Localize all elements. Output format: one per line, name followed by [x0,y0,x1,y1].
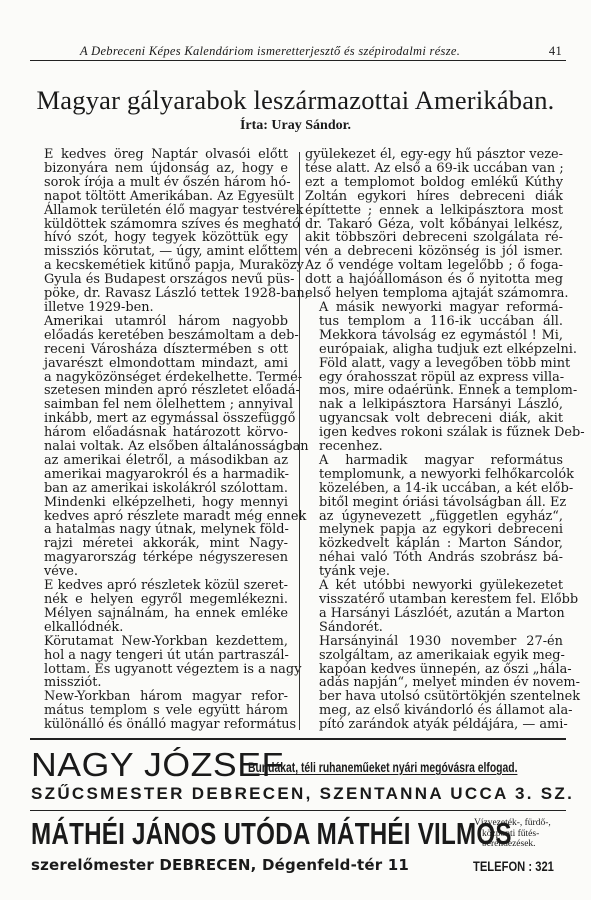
text-line: szolgáltam, az amerikaiak egyik meg- [305,649,563,663]
text-line: pító zarándok atyák példájára, — ami- [305,718,563,732]
text-line: missziót. [30,676,288,690]
ad-mathei-name: MÁTHÉI JÁNOS UTÓDA MÁTHÉI VILMOS [31,817,512,851]
text-line: a kecskemétiek kitűnő papja, Muraközy [30,259,288,273]
ad-nagy-jozsef-slogan: Bundákat, téli ruhaneműeket nyári megóvá… [248,757,482,777]
article-title: Magyar gályarabok leszármazottai Ameriká… [0,85,591,116]
header-rule [30,60,566,61]
text-line: Sándorét. [305,621,563,635]
paragraph: Amerikai utamról három nagyobbelőadás ke… [30,315,288,496]
text-line: amerikai magyarokról és a harmadik- [30,468,288,482]
page-number: 41 [549,44,562,59]
text-line: napot töltött Amerikában. Az Egyesült [30,190,288,204]
ad-nagy-jozsef-name: NAGY JÓZSEF [31,748,284,782]
text-line: New-Yorkban három magyar refor- [30,690,288,704]
text-line: a nagyközönséget érdekelhette. Termé- [30,371,288,385]
text-line: Mekkora távolság ez egymástól ! Mi, [305,329,563,343]
text-line: javarészt elmondottam mindazt, ami [30,357,288,371]
text-line: előadás keretében beszámoltam a deb- [30,329,288,343]
text-line: hívó szót, hogy tegyek közöttük egy [30,231,288,245]
text-line: egy órahosszat röpül az express villa- [305,371,563,385]
text-line: pöke, dr. Ravasz László tettek 1928-ban, [30,287,288,301]
text-line: rajzi méretei akkorák, mint Nagy- [30,537,288,551]
text-line: tus templom a 116-ik uccában áll. [305,315,563,329]
text-line: szetesen minden apró részletet előadá- [30,384,288,398]
ad-mathei-phone: TELEFON : 321 [473,857,554,875]
text-line: adás napján“, melyet minden év novem- [305,676,563,690]
text-line: küldöttek számomra szíves és megható [30,218,288,232]
text-line: tése alatt. Az első a 69-ik uccában van … [305,162,563,176]
paragraph: E kedves apró részletek közül szeret-nék… [30,579,288,635]
text-line: vén a debreceni közönség is jól ismer. [305,245,563,259]
right-column: gyülekezet él, egy-egy hű pásztor veze-t… [305,148,563,732]
paragraph: A két utóbbi newyorki gyülekezetetvissza… [305,579,563,635]
paragraph: E kedves öreg Naptár olvasói előttbizony… [30,148,288,315]
text-line: inkább, mert az egymással összefüggő [30,412,288,426]
running-head-title: A Debreceni Képes Kalendáriom ismeretter… [80,44,460,59]
ads-top-rule [30,738,566,740]
text-line: Államok területén élő magyar testvérek [30,204,288,218]
text-line: nak a lelkipásztora Harsányi László, [305,398,563,412]
text-line: visszatérő utamban kerestem fel. Előbb [305,593,563,607]
text-line: Körutamat New-Yorkban kezdettem, [30,635,288,649]
ad-nagy-jozsef-address: SZŰCSMESTER DEBRECEN, SZENTANNA UCCA 3. … [31,784,567,804]
left-column: E kedves öreg Naptár olvasói előttbizony… [30,148,288,732]
text-line: sorok írója a mult év őszén három hó- [30,176,288,190]
paragraph: A másik newyorki magyar reformá-tus temp… [305,301,563,454]
text-line: kapóan kedves ünnepén, az őszi „hála- [305,663,563,677]
text-line: tyánk veje. [305,565,563,579]
text-line: templomunk, a newyorki felhőkarcolók [305,468,563,482]
text-line: elkallódnék. [30,621,288,635]
ad-mathei-services: Vízvezeték-, fürdő-, központi fűtés- ber… [474,818,574,850]
text-line: Gyula és Budapest országos nevű püs- [30,273,288,287]
ad-mathei-service-line: Vízvezeték-, fürdő-, [474,818,574,829]
text-line: mos, mire odaérünk. Ennek a templom- [305,384,563,398]
text-line: A harmadik magyar református [305,454,563,468]
text-line: gyülekezet él, egy-egy hű pásztor veze- [305,148,563,162]
text-line: illetve 1929-ben. [30,301,288,315]
text-line: a Harsányi Lászlóét, azután a Marton [305,607,563,621]
text-line: recenhez. [305,440,563,454]
ad-mathei-service-line: központi fűtés- [474,829,574,840]
text-line: magyarország térképe négyszeresen [30,551,288,565]
text-line: ban az amerikai iskolákról szólottam. [30,482,288,496]
text-line: közelében, a 14-ik uccában, a két előb- [305,482,563,496]
text-line: A másik newyorki magyar reformá- [305,301,563,315]
ad-mathei-service-line: berendezések. [474,839,574,850]
text-line: közkedvelt káplán : Marton Sándor, [305,537,563,551]
text-line: ber hava utolsó csütörtökjén szentelnek [305,690,563,704]
ads-separator-rule [30,810,566,811]
text-line: különálló és önálló magyar református [30,718,288,732]
text-line: bizonyára nem újdonság az, hogy e [30,162,288,176]
text-line: Föld alatt, vagy a levegőben több mint [305,357,563,371]
text-line: dr. Takaró Géza, volt kőbányai lelkész, [305,218,563,232]
paragraph: New-Yorkban három magyar refor-mátus tem… [30,690,288,732]
text-line: a hatalmas nagy útnak, melynek föld- [30,523,288,537]
text-line: missziós körutat, — úgy, amint előttem [30,245,288,259]
text-line: első helyen temploma ajtaját számomra. [305,287,563,301]
text-line: melynek papja az egykori debreceni [305,523,563,537]
text-line: A két utóbbi newyorki gyülekezetet [305,579,563,593]
text-line: építtette ; ennek a lelkipásztora most [305,204,563,218]
text-line: mátus templom s vele együtt három [30,704,288,718]
text-line: nalai voltak. Az elsőben általánosságban [30,440,288,454]
text-line: bitől megint óriási távolságban áll. Ez [305,496,563,510]
text-line: Az ő vendége voltam legelőbb ; ő foga- [305,259,563,273]
text-line: Mélyen sajnálnám, ha ennek emléke [30,607,288,621]
text-line: három előadásnak határozott körvo- [30,426,288,440]
text-line: dott a hajóállomáson és ő nyitotta meg [305,273,563,287]
text-line: ugyancsak volt debreceni diák, akit [305,412,563,426]
text-line: néhai való Tóth András szobrász bá- [305,551,563,565]
text-line: E kedves öreg Naptár olvasói előtt [30,148,288,162]
text-line: Harsányinál 1930 november 27-én [305,635,563,649]
text-line: igen kedves rokoni szálak is fűznek Deb- [305,426,563,440]
text-line: ezt a templomot boldog emlékű Kúthy [305,176,563,190]
paragraph: gyülekezet él, egy-egy hű pásztor veze-t… [305,148,563,301]
paragraph: Mindenki elképzelheti, hogy mennyikedves… [30,496,288,579]
paragraph: Harsányinál 1930 november 27-énszolgálta… [305,635,563,732]
text-line: európaiak, aligha tudjuk ezt elképzelni. [305,343,563,357]
text-line: Amerikai utamról három nagyobb [30,315,288,329]
text-line: meg, az első kivándorló és államot ala- [305,704,563,718]
text-line: nék e helyen egyről megemlékezni. [30,593,288,607]
article-byline: Írta: Uray Sándor. [0,118,591,134]
text-line: E kedves apró részletek közül szeret- [30,579,288,593]
paragraph: A harmadik magyar reformátustemplomunk, … [305,454,563,579]
text-line: Mindenki elképzelheti, hogy mennyi [30,496,288,510]
text-line: akit többszöri debreceni szolgálata ré- [305,231,563,245]
text-line: receni Városháza dísztermében s ott [30,343,288,357]
text-line: Zoltán egykori híres debreceni diák [305,190,563,204]
text-line: az amerikai életről, a másodikban az [30,454,288,468]
ad-mathei-address: szerelőmester DEBRECEN, Dégenfeld-tér 11 [31,856,409,874]
column-divider [299,152,300,730]
text-line: kedves apró részlete maradt még ennek [30,510,288,524]
text-line: lottam. És ugyanott végeztem is a nagy [30,663,288,677]
paragraph: Körutamat New-Yorkban kezdettem,hol a na… [30,635,288,691]
text-line: véve. [30,565,288,579]
text-line: saimban fel nem ölelhettem ; annyival [30,398,288,412]
text-line: az úgynevezett „független egyház“, [305,510,563,524]
text-line: hol a nagy tengeri út után partraszál- [30,649,288,663]
